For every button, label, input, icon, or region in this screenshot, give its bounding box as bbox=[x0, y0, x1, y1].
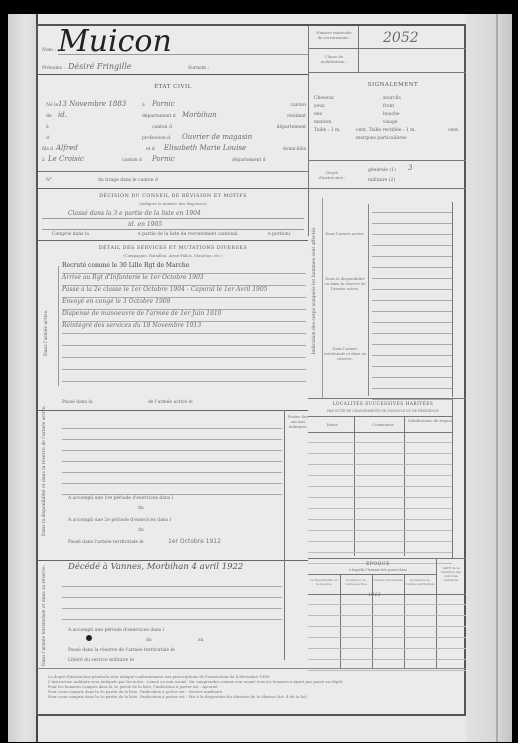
services-entries: Recruté comme le 30 Lille Rgt de Marche … bbox=[62, 262, 306, 382]
postes-label: Postes des anciens militaires bbox=[286, 414, 310, 429]
ink-blot bbox=[86, 635, 92, 641]
territoriale-side-label: Dans l'armée territoriale et dans sa rés… bbox=[42, 576, 47, 666]
service-entry: Dispensé de manoeuvre de l'armée de 1er … bbox=[62, 310, 306, 322]
surnom-label: Surnom : bbox=[188, 66, 209, 71]
disponibilite-line-1: A accompli une 1re période d'exercices d… bbox=[68, 496, 173, 501]
disponibilite-line-3: Passé dans l'armée territoriale le bbox=[68, 540, 144, 545]
prenoms-label: Prénoms : bbox=[42, 66, 65, 71]
conseil-title: DÉCISION DU CONSEIL DE RÉVISION ET MOTIF… bbox=[58, 194, 288, 199]
deces-note: Décédé à Vannes, Morbihan 4 avril 1922 bbox=[68, 562, 243, 572]
etat-civil-row: d profession d Ouvrier de magasin bbox=[42, 133, 306, 144]
territoriale-line-2: Passé dans la réserve de l'armée territo… bbox=[68, 648, 175, 653]
prenoms-value: Désiré Fringille bbox=[68, 62, 132, 71]
etat-civil-rows: Né le 13 Novembre 1883 à Pornic canton d… bbox=[42, 100, 306, 166]
signalement-title: SIGNALEMENT bbox=[338, 82, 448, 88]
conseil-line-3-mid: e partie de la liste du recrutement cant… bbox=[138, 232, 238, 237]
numero-label: Numéro matricule du recrutement : bbox=[314, 30, 354, 40]
radiation-date-label: DATE de la radiation des contrôles milit… bbox=[438, 566, 464, 582]
service-entry: Réintégré des services du 18 Novembre 19… bbox=[62, 322, 306, 334]
tirage-label: du tirage dans le canton d bbox=[98, 178, 158, 183]
service-entry: Envoyé en congé le 3 Octobre 1908 bbox=[62, 298, 306, 310]
instruction-generale-value: 3 bbox=[408, 164, 412, 172]
numero-value: 2052 bbox=[383, 30, 419, 46]
footnote: Pour ceux compris dans la 5e partie de l… bbox=[48, 694, 458, 699]
localites-title: LOCALITÉS SUCCESSIVES HABITÉES bbox=[314, 402, 452, 407]
etat-civil-row: Né le 13 Novembre 1883 à Pornic canton bbox=[42, 100, 306, 111]
classe-label: Classe de mobilisation : bbox=[314, 54, 354, 64]
corps-row-active: Dans l'armée active. bbox=[324, 231, 366, 236]
service-entry: Passé à la 2e classe le 1er Octobre 1904… bbox=[62, 286, 306, 298]
etat-civil-row: à Le Croisic canton d Pornic département… bbox=[42, 155, 306, 166]
disponibilite-line-3-value: 1er Octobre 1912 bbox=[168, 538, 221, 545]
register-form: Nom : Muicon Prénoms : Désiré Fringille … bbox=[36, 24, 466, 716]
services-subtitle: (Compagnie, Bataillon, Arme-Pallas, Muta… bbox=[58, 253, 288, 258]
instruction-generale-label: générale (1) bbox=[368, 168, 396, 173]
services-footer: Passé dans la bbox=[62, 400, 93, 405]
service-entry: Recruté comme le 30 Lille Rgt de Marche bbox=[62, 262, 306, 274]
services-footer-end: de l'armée active le bbox=[148, 400, 193, 405]
localites-side-label: Indication des corps auxquels les hommes… bbox=[312, 206, 317, 376]
conseil-line-1: Classé dans la 3 e partie de la liste en… bbox=[68, 210, 201, 217]
instruction-label: Degré d'instruction : bbox=[314, 170, 350, 180]
territoriale-line-1: A accompli une période d'exercices dans … bbox=[68, 628, 164, 633]
corps-row-territoriale: Dans l'armée territoriale et dans sa rés… bbox=[324, 346, 366, 361]
etat-civil-title: ÉTAT CIVIL bbox=[98, 84, 248, 90]
conseil-line-3-label: Compris dans la bbox=[52, 232, 89, 237]
tirage-number-label: N° bbox=[46, 178, 52, 183]
territoriale-line-3: Libéré du service militaire le bbox=[68, 658, 134, 663]
footnotes: Le degré d'instruction générale sera ind… bbox=[48, 674, 458, 699]
services-title: DÉTAIL DES SERVICES ET MUTATIONS DIVERSE… bbox=[58, 246, 288, 251]
instruction-militaire-label: militaire (2) bbox=[368, 178, 395, 183]
corps-row-reserve: Dans la disponibilité ou dans la réserve… bbox=[324, 276, 366, 291]
service-entry: Arrivé au Rgt d'Infanterie le 1er Octobr… bbox=[62, 274, 306, 286]
etat-civil-row: à canton d département bbox=[42, 122, 306, 133]
epoque-title: ÉPOQUE bbox=[328, 562, 428, 567]
page-right-edge bbox=[466, 14, 512, 742]
etat-civil-row: fils d Alfred et d Elisabeth Marie Louis… bbox=[42, 144, 306, 155]
col-communes: Communes bbox=[358, 422, 408, 427]
services-side-label: Dans l'armée active. bbox=[44, 309, 49, 356]
disponibilite-line-2: A accompli une 2e période d'exercices da… bbox=[68, 518, 171, 523]
conseil-subtitle: (indiquer le numéro des dispenses) bbox=[58, 201, 288, 206]
localites-subtitle: PAR SUITE DE CHANGEMENTS DE DOMICILE OU … bbox=[314, 409, 452, 413]
disponibilite-side-label: Dans la disponibilité et dans la réserve… bbox=[42, 426, 47, 536]
scan-top-border bbox=[0, 0, 518, 14]
conseil-line-3-end: e portion) bbox=[268, 232, 290, 237]
epoque-subtitle: à laquelle l'homme doit passer dans bbox=[318, 568, 438, 572]
col-subdivisions: Subdivisions de région bbox=[408, 418, 452, 423]
binder-edge bbox=[8, 14, 38, 742]
etat-civil-row: de id. département d Morbihan résidant bbox=[42, 111, 306, 122]
col-dates: Dates bbox=[314, 422, 350, 427]
nom-label: Nom : bbox=[42, 48, 56, 53]
conseil-line-2: id. en 1905 bbox=[128, 221, 162, 228]
